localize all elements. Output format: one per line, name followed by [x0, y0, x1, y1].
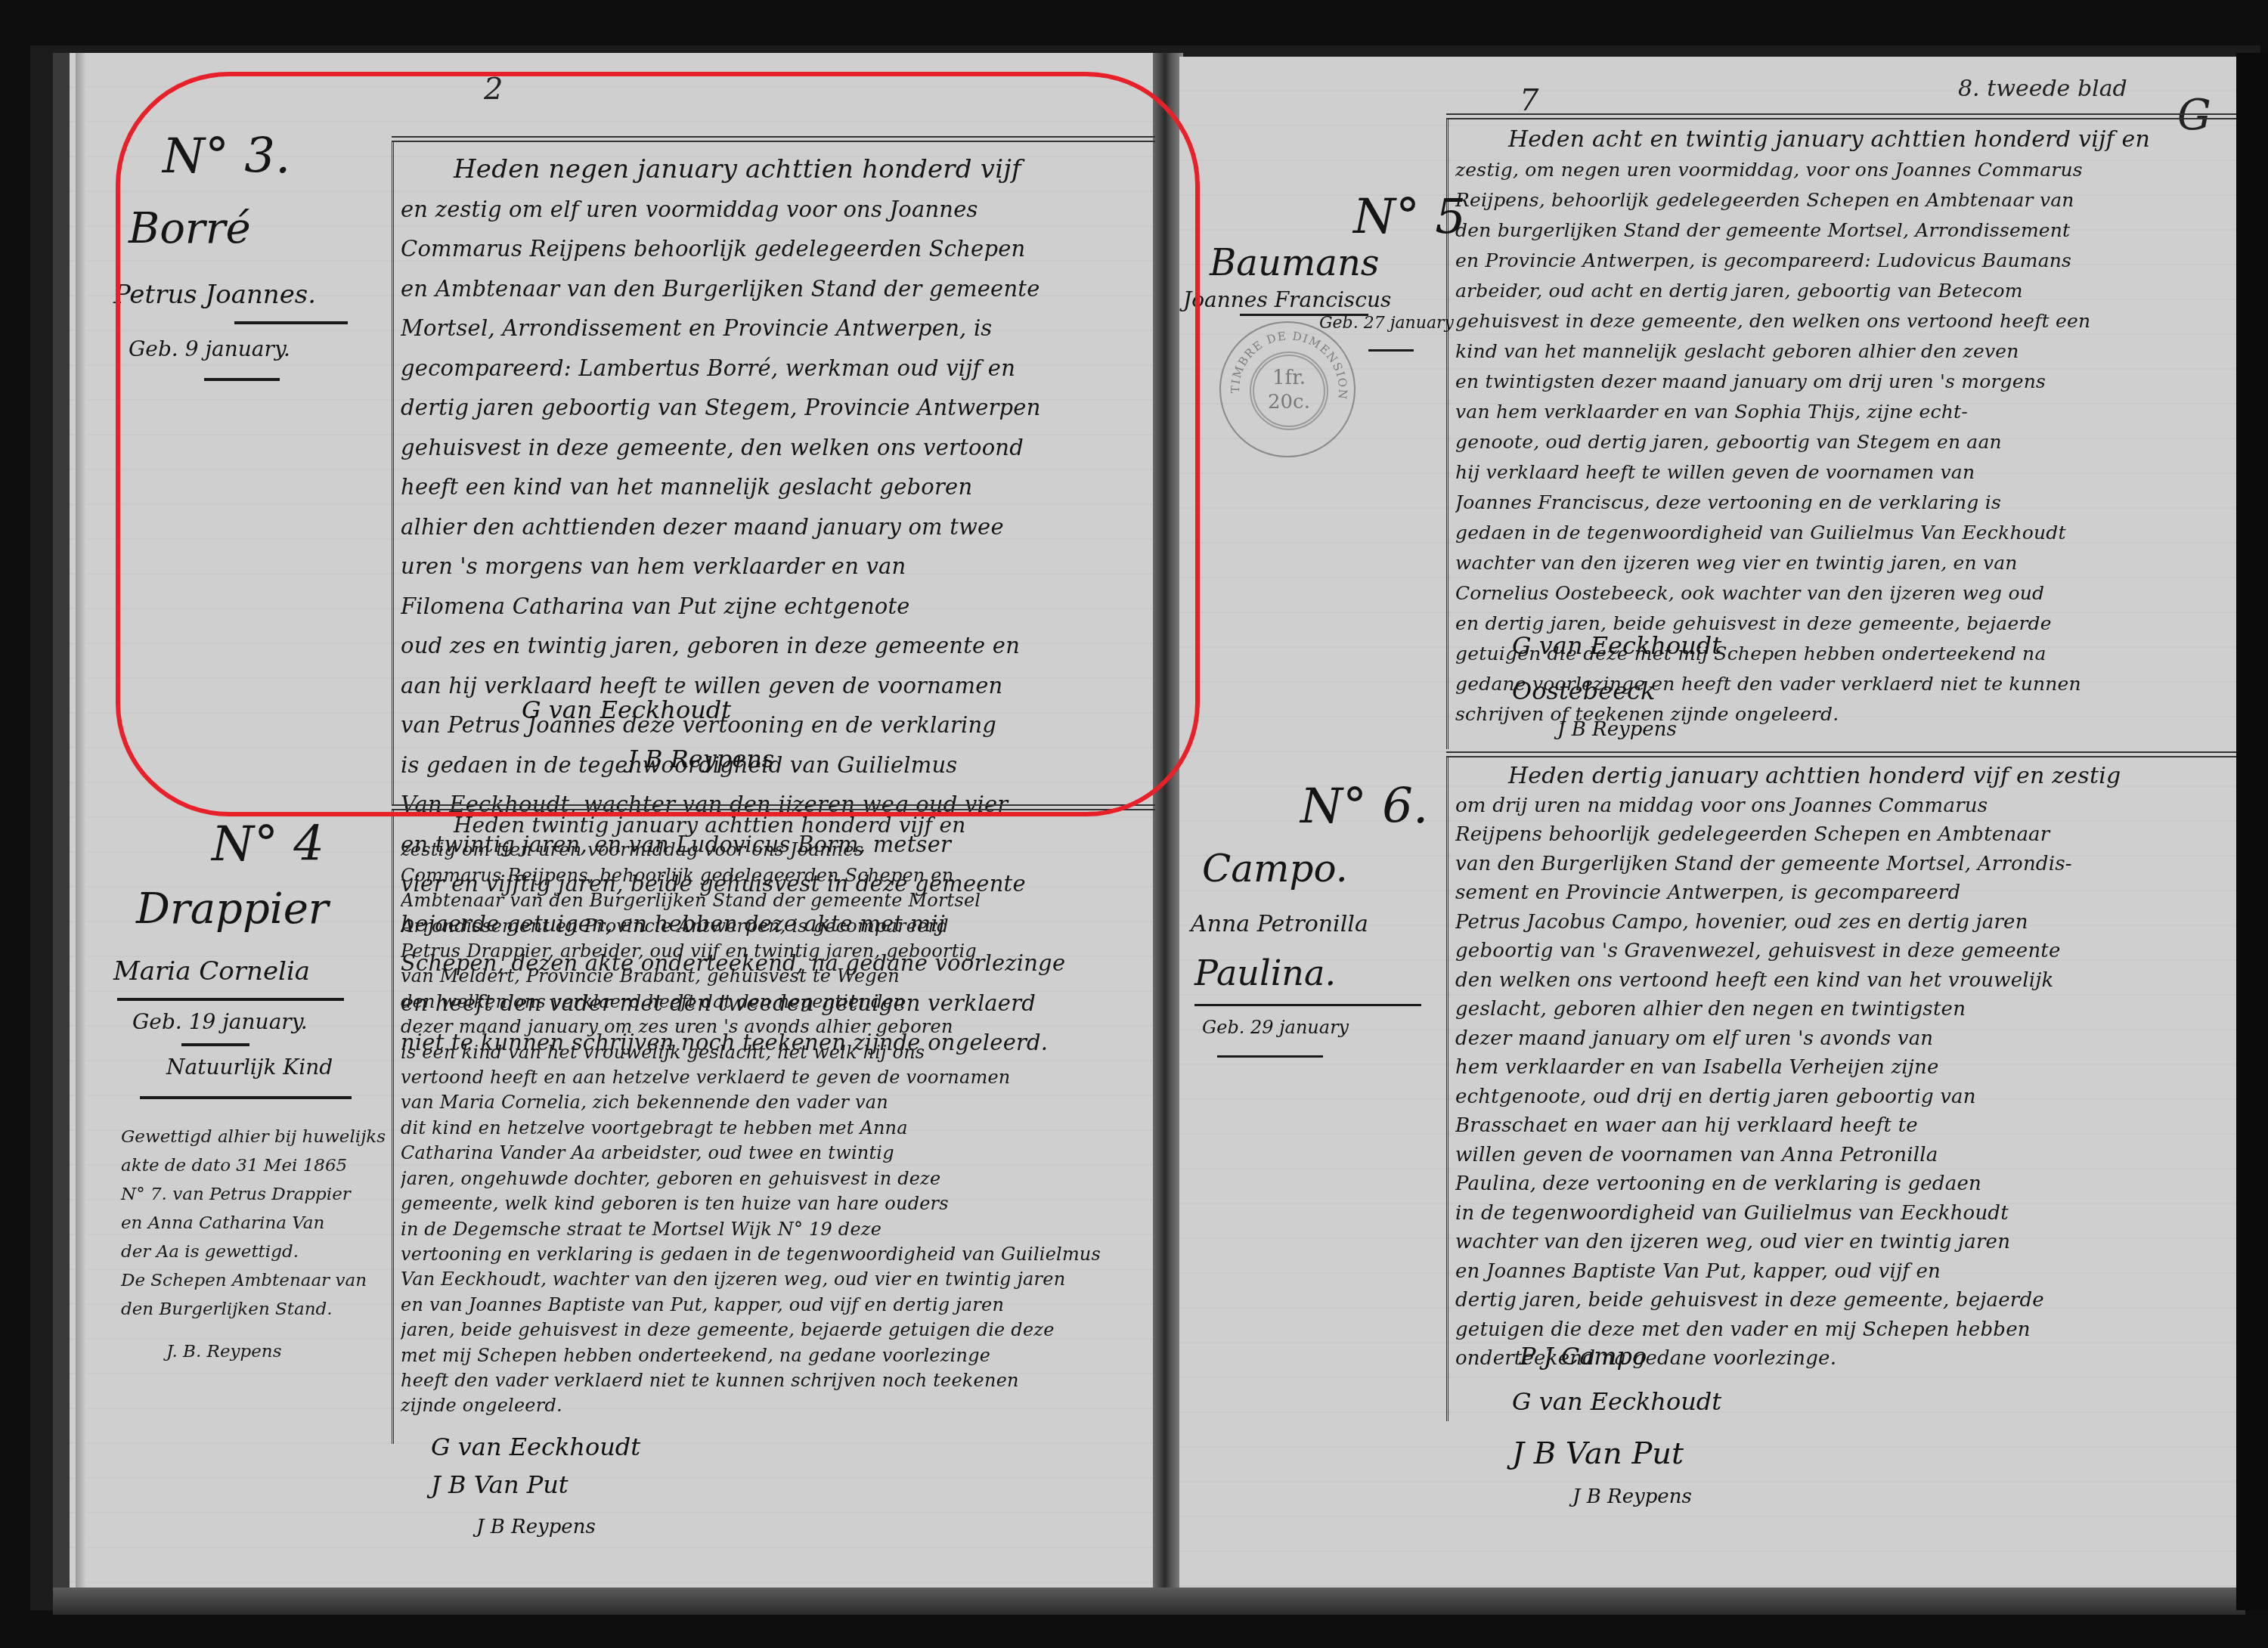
entry-surname: Campo. [1202, 847, 1348, 891]
right-dark-edge [2236, 53, 2268, 1610]
tax-stamp: TIMBRE DE DIMENSION 1fr. 20c. [1219, 321, 1356, 457]
signature: G van Eeckhoudt [1512, 631, 1721, 660]
entry-number: N° 3. [163, 129, 290, 184]
underline [234, 321, 348, 324]
book-bottom-edge [53, 1588, 2245, 1615]
entry-given-names-2: Paulina. [1194, 953, 1336, 993]
stamp-value-centimes: 20c. [1221, 391, 1357, 414]
entry-6-text: Heden dertig january achttien honderd vi… [1455, 762, 2234, 1374]
entry-birth-date: Geb. 19 january. [132, 1009, 308, 1034]
underline [1194, 1004, 1421, 1006]
entry-surname: Baumans [1210, 242, 1379, 284]
entry-surname: Borré [129, 204, 251, 253]
entry-number: N° 4 [212, 816, 324, 872]
signature: P J Campo [1520, 1342, 1647, 1371]
signature: G van Eeckhoudt [1512, 1387, 1721, 1416]
signature: J B Reypens [476, 1516, 596, 1538]
margin-legitimation-note: Gewettigd alhier bij huwelijks akte de d… [121, 1123, 378, 1366]
entry-birth-date: Geb. 29 january [1202, 1017, 1349, 1038]
signature: Oostebeeck [1512, 677, 1655, 705]
signature: J B Reypens [1572, 1485, 1692, 1508]
signature: G van Eeckhoudt [431, 1433, 640, 1461]
signature: G van Eeckhoudt [522, 695, 731, 724]
stamp-value-francs: 1fr. [1221, 367, 1357, 389]
entry-status: Natuurlijk Kind [166, 1055, 333, 1080]
underline [204, 378, 280, 381]
underline [140, 1096, 352, 1099]
signature: J B Reypens [1557, 718, 1677, 741]
entry-number: N° 5 [1353, 189, 1466, 245]
underline [1217, 1055, 1323, 1058]
entry-given-names: Anna Petronilla [1191, 911, 1368, 937]
entry-given-names: Maria Cornelia [113, 956, 310, 987]
entry-given-names: Petrus Joannes. [113, 280, 316, 310]
signature: J B Van Put [431, 1470, 569, 1499]
entry-4-text: Heden twintig january achttien honderd v… [401, 813, 1149, 1419]
entry-surname: Drappier [136, 884, 329, 934]
entry-number: N° 6. [1300, 779, 1428, 835]
underline [181, 1043, 249, 1046]
underline [117, 998, 344, 1001]
signature: J B Reypens [627, 745, 774, 773]
folio-note: 8. tweede blad [1958, 76, 2127, 102]
underline [1368, 349, 1414, 352]
book-gutter [1153, 53, 1183, 1599]
signature: J B Van Put [1512, 1436, 1684, 1471]
entry-given-names: Joannes Franciscus [1183, 287, 1391, 312]
entry-birth-date: Geb. 9 january. [129, 336, 290, 361]
left-folio-mark: 2 [484, 72, 503, 107]
entry-birth-date: Geb. 27 january [1319, 314, 1454, 333]
